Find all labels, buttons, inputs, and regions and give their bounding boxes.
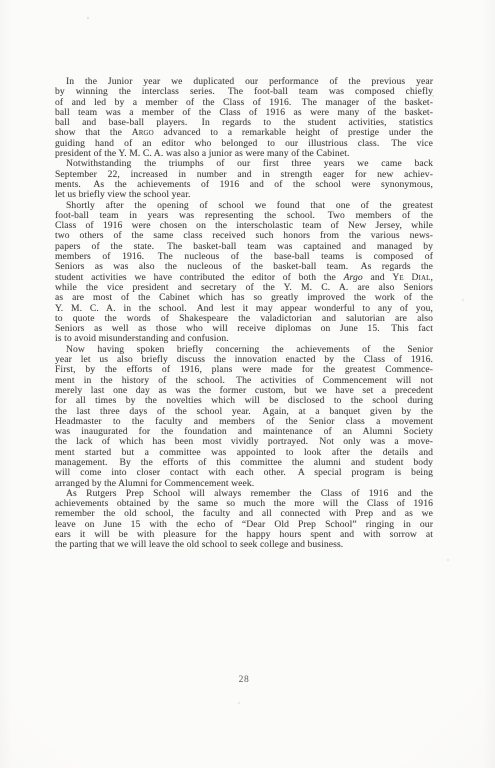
scanned-page: In the Junior year we duplicated our per…: [0, 0, 495, 768]
text-line: the parting that we will leave the old s…: [55, 540, 433, 550]
page-number: 28: [55, 675, 433, 685]
body-text: In the Junior year we duplicated our per…: [55, 77, 433, 551]
